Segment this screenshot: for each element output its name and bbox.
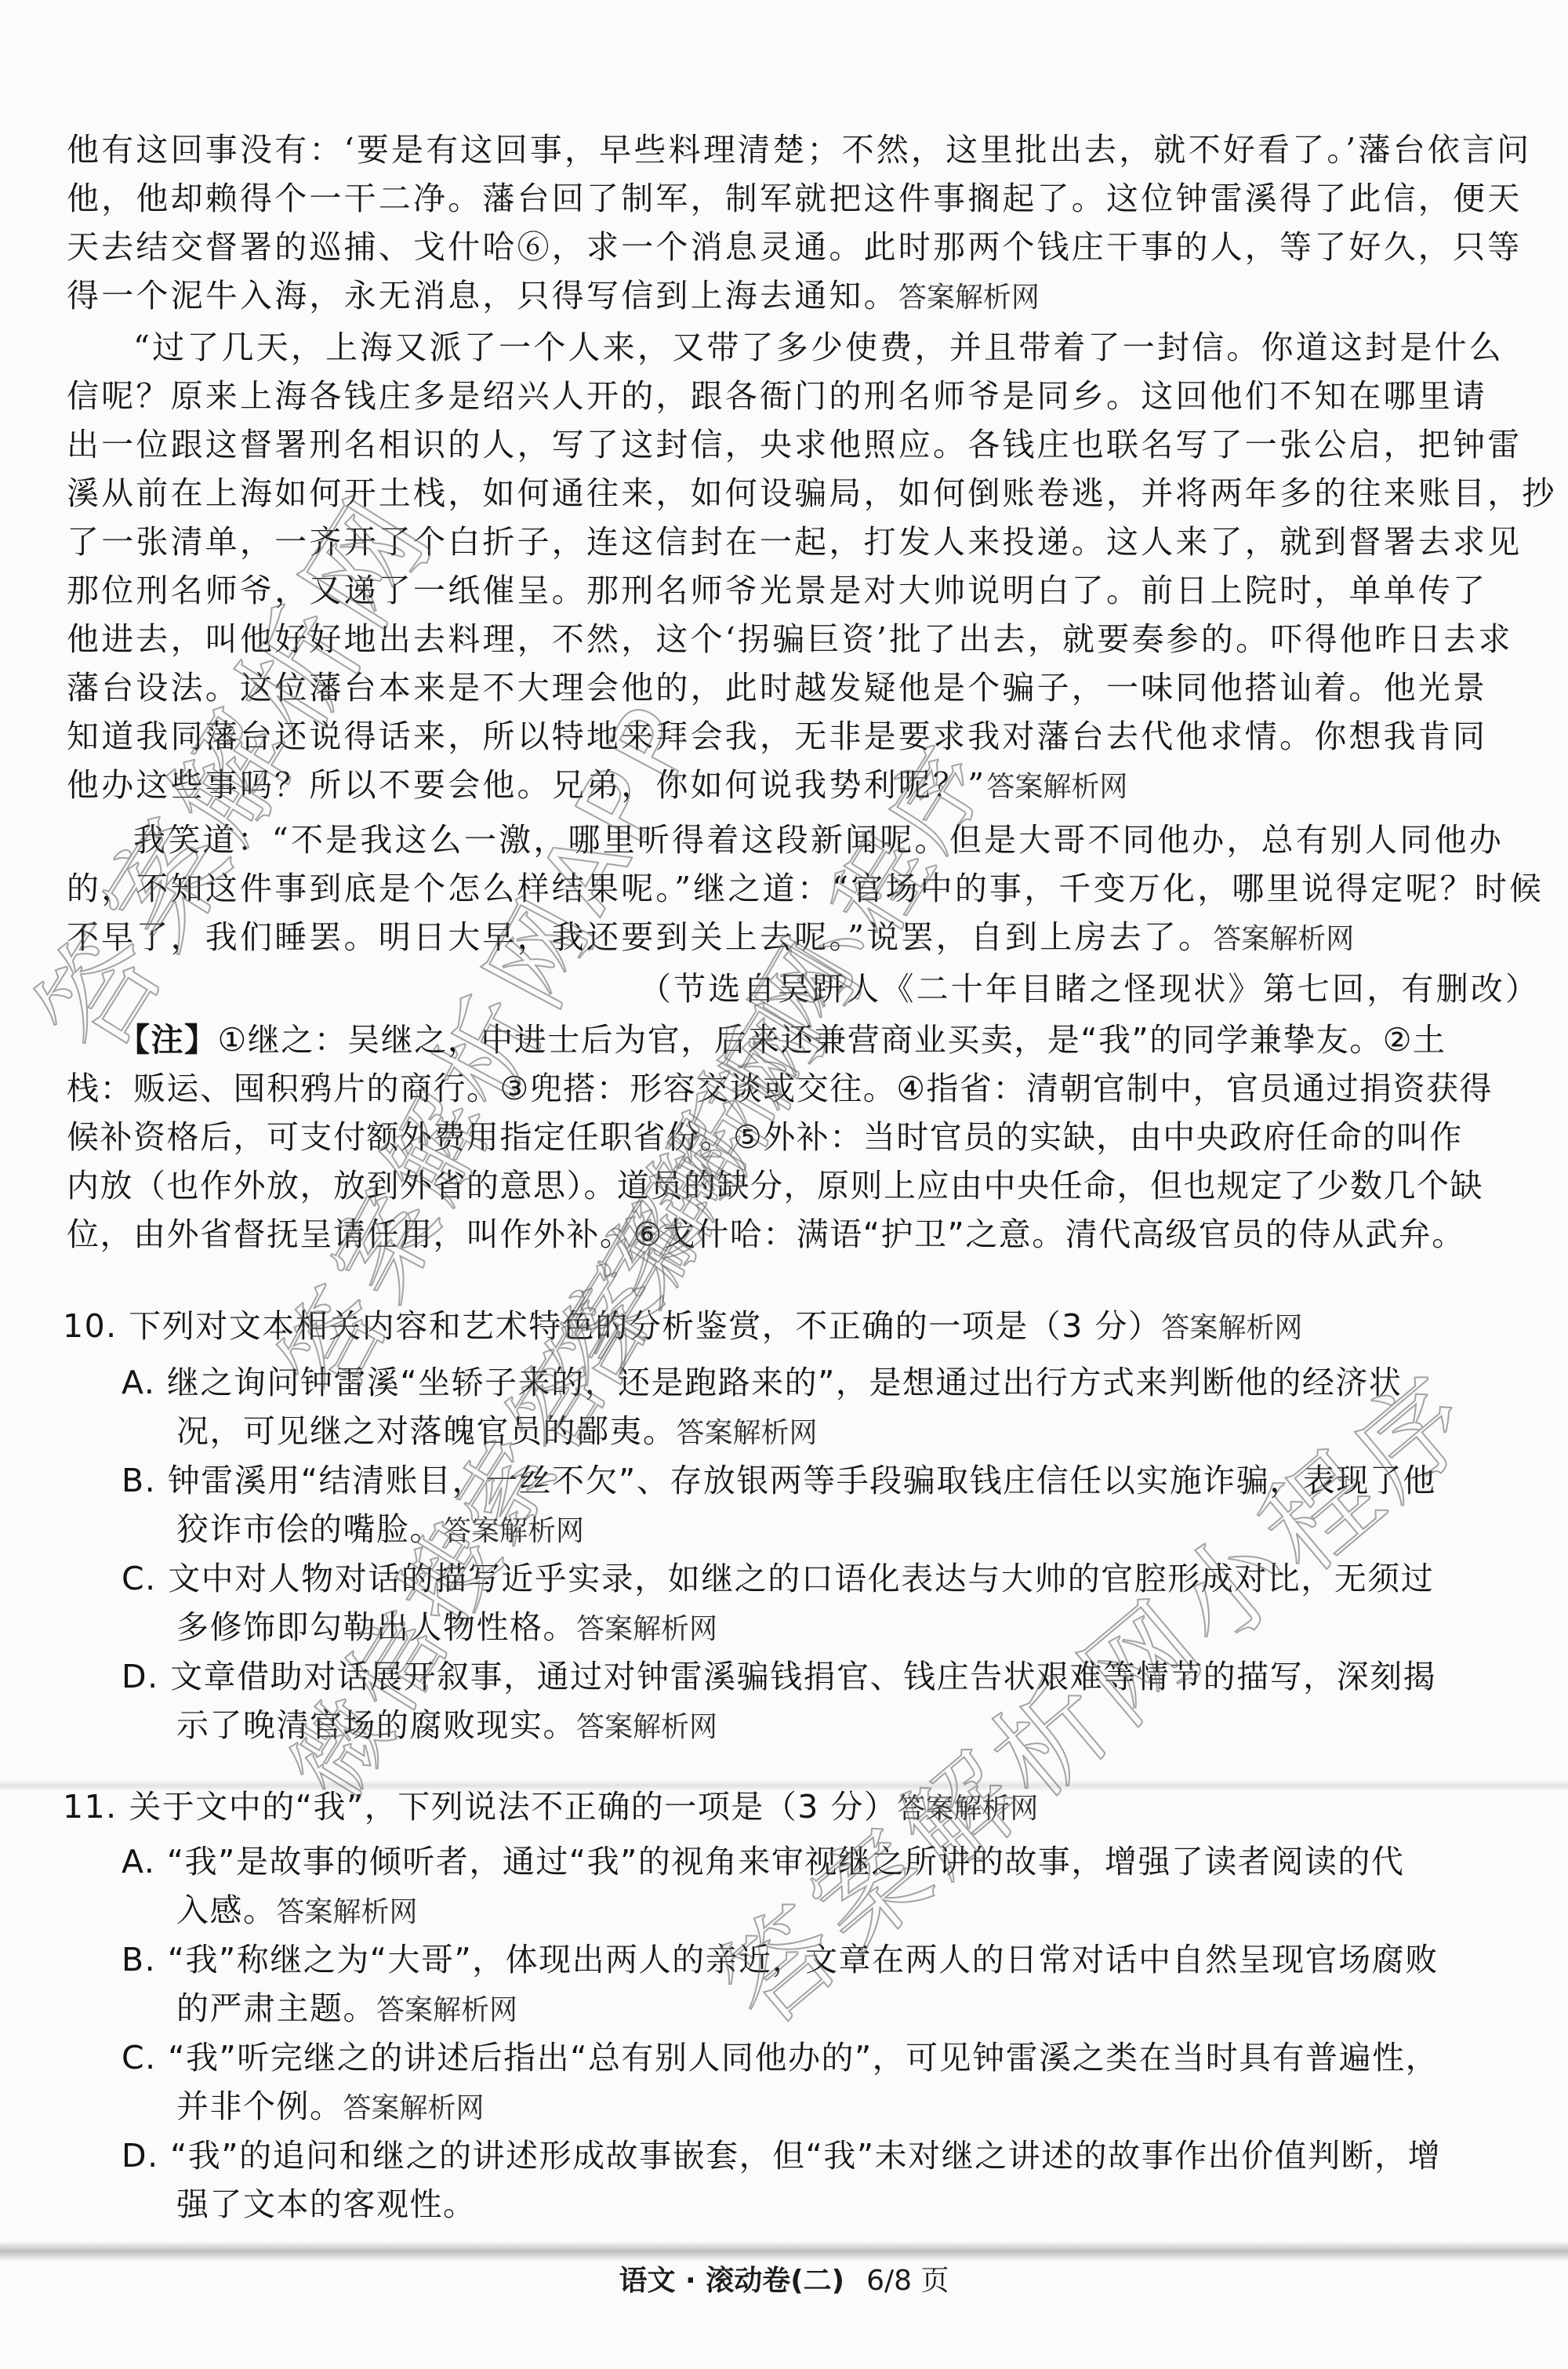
passage-line: 藩台设法。这位藩台本来是不大理会他的，此时越发疑他是个骗子，一味同他搭讪着。他光… bbox=[67, 663, 1487, 712]
option-a-cont: 入感。答案解析网 bbox=[176, 1886, 418, 1937]
option-b-cont: 的严肃主题。答案解析网 bbox=[176, 1984, 517, 2035]
page-footer: 语文 · 滚动卷(二)6/8 页 bbox=[0, 2264, 1568, 2298]
option-d-cont: 强了文本的客观性。 bbox=[176, 2180, 477, 2229]
notes-line: 位，由外省督抚呈请任用，叫作外补。⑥戈什哈：满语“护卫”之意。清代高级官员的侍从… bbox=[67, 1210, 1465, 1259]
passage-line: 的，不知这件事到底是个怎么样结果呢。”继之道：“官场中的事，千变万化，哪里说得定… bbox=[67, 864, 1544, 913]
option-a-cont: 况，可见继之对落魄官员的鄙夷。答案解析网 bbox=[176, 1407, 818, 1458]
passage-line: 溪从前在上海如何开土栈，如何通往来，如何设骗局，如何倒账卷逃，并将两年多的往来账… bbox=[67, 469, 1557, 518]
footer-title: 语文 · 滚动卷(二) bbox=[619, 2265, 844, 2297]
option-c[interactable]: C. “我”听完继之的讲述后指出“总有别人同他办的”，可见钟雷溪之类在当时具有普… bbox=[122, 2033, 1439, 2082]
inline-watermark: 答案解析网 bbox=[986, 771, 1127, 803]
notes-line: 内放（也作外放，放到外省的意思）。道员的缺分，原则上应由中央任命，但也规定了少数… bbox=[67, 1161, 1483, 1210]
option-b-cont: 狡诈市侩的嘴脸。答案解析网 bbox=[176, 1505, 584, 1556]
passage-source: （节选自吴趼人《二十年目睹之怪现状》第七回，有删改） bbox=[639, 965, 1540, 1013]
passage-line: 天去结交督署的巡捕、戈什哈⑥，求一个消息灵通。此时那两个钱庄干事的人，等了好久，… bbox=[67, 223, 1522, 271]
notes-label: 【注】 bbox=[118, 1021, 218, 1059]
option-a[interactable]: A. “我”是故事的倾听者，通过“我”的视角来审视继之所讲的故事，增强了读者阅读… bbox=[122, 1837, 1404, 1886]
question-stem: 10. 下列对文本相关内容和艺术特色的分析鉴赏，不正确的一项是（3 分）答案解析… bbox=[63, 1302, 1302, 1353]
passage-line: 不早了，我们睡罢。明日大早，我还要到关上去呢。”说罢，自到上房去了。答案解析网 bbox=[67, 913, 1354, 964]
option-b[interactable]: B. 钟雷溪用“结清账目，一丝不欠”、存放银两等手段骗取钱庄信任以实施诈骗，表现… bbox=[122, 1456, 1436, 1505]
option-d[interactable]: D. “我”的追问和继之的讲述形成故事嵌套，但“我”未对继之讲述的故事作出价值判… bbox=[122, 2131, 1441, 2180]
passage-line: 我笑道：“不是我这么一激，哪里听得着这段新闻呢。但是大哥不同他办，总有别人同他办 bbox=[133, 816, 1504, 864]
inline-watermark: 答案解析网 bbox=[1213, 923, 1354, 955]
passage-line: 信呢？原来上海各钱庄多是绍兴人开的，跟各衙门的刑名师爷是同乡。这回他们不知在哪里… bbox=[67, 372, 1487, 420]
option-c-cont: 并非个例。答案解析网 bbox=[176, 2082, 485, 2133]
passage-line: “过了几天，上海又派了一个人来，又带了多少使费，并且带着了一封信。你道这封是什么 bbox=[133, 323, 1504, 372]
page-number: 6/8 页 bbox=[866, 2265, 949, 2297]
exam-page: 他有这回事没有：‘要是有这回事，早些料理清楚；不然，这里批出去，就不好看了。’藩… bbox=[0, 0, 1568, 2369]
notes-line: 候补资格后，可支付额外费用指定任职省份。⑤外补：当时官员的实缺，由中央政府任命的… bbox=[67, 1113, 1463, 1161]
question-stem: 11. 关于文中的“我”，下列说法不正确的一项是（3 分）答案解析网 bbox=[63, 1782, 1038, 1833]
passage-line: 他办这些事吗？所以不要会他。兄弟，你如何说我势利呢？”答案解析网 bbox=[67, 761, 1127, 812]
option-d[interactable]: D. 文章借助对话展开叙事，通过对钟雷溪骗钱捐官、钱庄告状艰难等情节的描写，深刻… bbox=[122, 1652, 1436, 1701]
passage-line: 他，他却赖得个一干二净。藩台回了制军，制军就把这件事搁起了。这位钟雷溪得了此信，… bbox=[67, 174, 1522, 223]
option-a[interactable]: A. 继之询问钟雷溪“坐轿子来的，还是跑路来的”，是想通过出行方式来判断他的经济… bbox=[122, 1358, 1402, 1407]
option-d-cont: 示了晚清官场的腐败现实。答案解析网 bbox=[176, 1701, 717, 1752]
option-c[interactable]: C. 文中对人物对话的描写近乎实录，如继之的口语化表达与大帅的官腔形成对比，无须… bbox=[122, 1554, 1434, 1603]
passage-line: 出一位跟这督署刑名相识的人，写了这封信，央求他照应。各钱庄也联名写了一张公启，把… bbox=[67, 420, 1522, 469]
option-b[interactable]: B. “我”称继之为“大哥”，体现出两人的亲近，文章在两人的日常对话中自然呈现官… bbox=[122, 1935, 1439, 1984]
passage-line: 他有这回事没有：‘要是有这回事，早些料理清楚；不然，这里批出去，就不好看了。’藩… bbox=[67, 125, 1531, 174]
passage-line: 他进去，叫他好好地出去料理，不然，这个‘拐骗巨资’批了出去，就要奏参的。吓得他昨… bbox=[67, 615, 1513, 663]
passage-line: 得一个泥牛入海，永无消息，只得写信到上海去通知。答案解析网 bbox=[67, 271, 1040, 322]
scan-fold-line bbox=[0, 2241, 1568, 2262]
passage-line: 那位刑名师爷，又递了一纸催呈。那刑名师爷光景是对大帅说明白了。前日上院时，单单传… bbox=[67, 566, 1487, 615]
notes-line: 【注】①继之：吴继之，中进士后为官，后来还兼营商业买卖，是“我”的同学兼挚友。②… bbox=[118, 1016, 1446, 1064]
inline-watermark: 答案解析网 bbox=[898, 282, 1040, 314]
passage-line: 知道我同藩台还说得话来，所以特地来拜会我，无非是要求我对藩台去代他求情。你想我肯… bbox=[67, 712, 1487, 761]
passage-line: 了一张清单，一齐开了个白折子，连这信封在一起，打发人来投递。这人来了，就到督署去… bbox=[67, 518, 1522, 566]
notes-line: 栈：贩运、囤积鸦片的商行。③兜搭：形容交谈或交往。④指省：清朝官制中，官员通过捐… bbox=[67, 1064, 1493, 1113]
option-c-cont: 多修饰即勾勒出人物性格。答案解析网 bbox=[176, 1603, 717, 1654]
